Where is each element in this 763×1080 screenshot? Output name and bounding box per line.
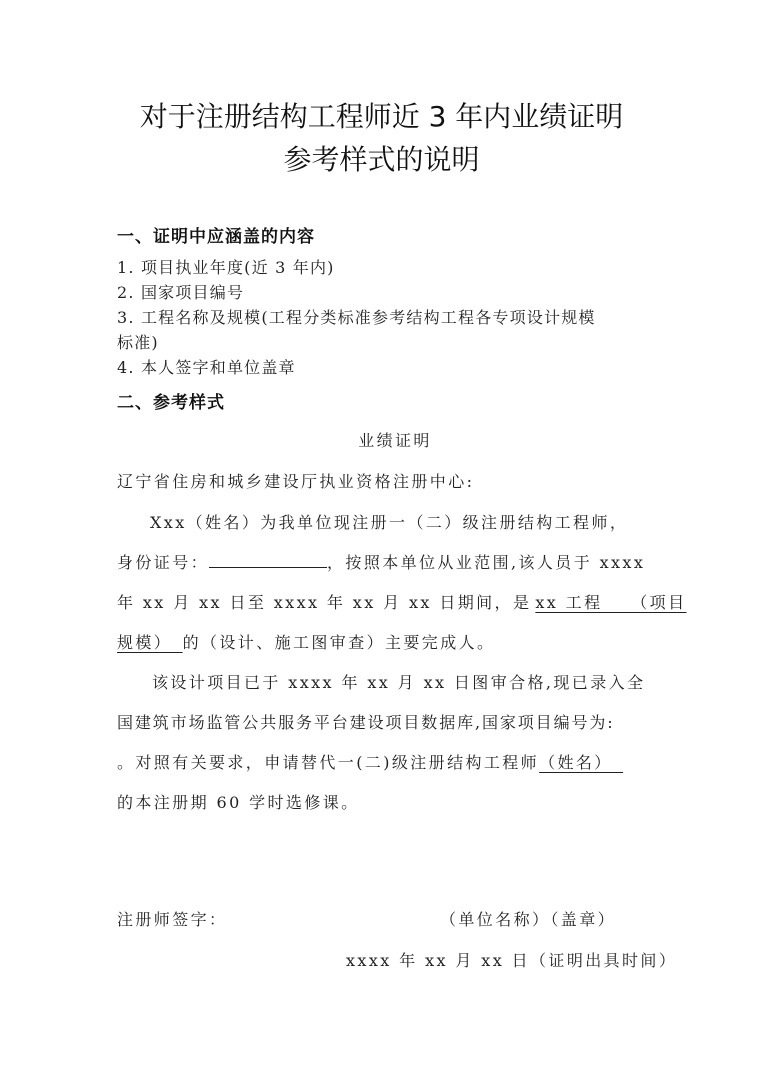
- list-item: 2. 国家项目编号: [117, 280, 244, 303]
- certificate-title: 业绩证明: [0, 428, 763, 451]
- issue-date: xxxx 年 xx 月 xx 日（证明出具时间）: [346, 948, 677, 971]
- para1-line4: 规模） 的（设计、施工图审查）主要完成人。: [117, 630, 495, 653]
- engineer-name-underlined: （姓名）: [539, 753, 623, 772]
- para1-line2-rest: ，按照本单位从业范围,该人员于 xxxx: [327, 553, 645, 572]
- para1-line3-text: 年 xx 月 xx 日至 xxxx 年 xx 月 xx 日期间，是: [117, 593, 531, 612]
- section1-heading: 一、证明中应涵盖的内容: [117, 222, 315, 247]
- para2-line4: 的本注册期 60 学时选修课。: [117, 790, 360, 813]
- para2-line3: 。对照有关要求，申请替代一(二)级注册结构工程师（姓名）: [117, 750, 623, 773]
- list-item: 1. 项目执业年度(近 3 年内): [117, 255, 335, 278]
- para1-line4-text: 的（设计、施工图审查）主要完成人。: [183, 633, 496, 652]
- para2-line1: 该设计项目已于 xxxx 年 xx 月 xx 日图审合格,现已录入全: [152, 670, 645, 693]
- para2-line2: 国建筑市场监管公共服务平台建设项目数据库,国家项目编号为:: [117, 710, 615, 733]
- page-title-line2: 参考样式的说明: [0, 138, 763, 178]
- signature-label: 注册师签字：: [117, 907, 227, 930]
- id-number-label: 身份证号：: [117, 553, 209, 572]
- para1-line3: 年 xx 月 xx 日至 xxxx 年 xx 月 xx 日期间，是xx 工程 （…: [117, 590, 686, 613]
- addressee: 辽宁省住房和城乡建设厅执业资格注册中心:: [117, 469, 474, 492]
- section2-heading: 二、参考样式: [117, 388, 225, 413]
- page-title-line1: 对于注册结构工程师近 3 年内业绩证明: [0, 95, 763, 135]
- para1-line2: 身份证号：，按照本单位从业范围,该人员于 xxxx: [117, 550, 645, 573]
- para1-line1: Xxx（姓名）为我单位现注册一（二）级注册结构工程师，: [150, 510, 628, 533]
- id-number-blank: [209, 551, 327, 568]
- para2-line3-text: 。对照有关要求，申请替代一(二)级注册结构工程师: [117, 753, 539, 772]
- list-item: 标准): [117, 330, 159, 353]
- unit-seal-label: （单位名称）（盖章）: [440, 907, 616, 930]
- project-scale-underlined: 规模）: [117, 633, 183, 652]
- list-item: 4. 本人签字和单位盖章: [117, 355, 296, 378]
- list-item: 3. 工程名称及规模(工程分类标准参考结构工程各专项设计规模: [117, 305, 596, 328]
- project-name-underlined: xx 工程 （项目: [535, 593, 686, 612]
